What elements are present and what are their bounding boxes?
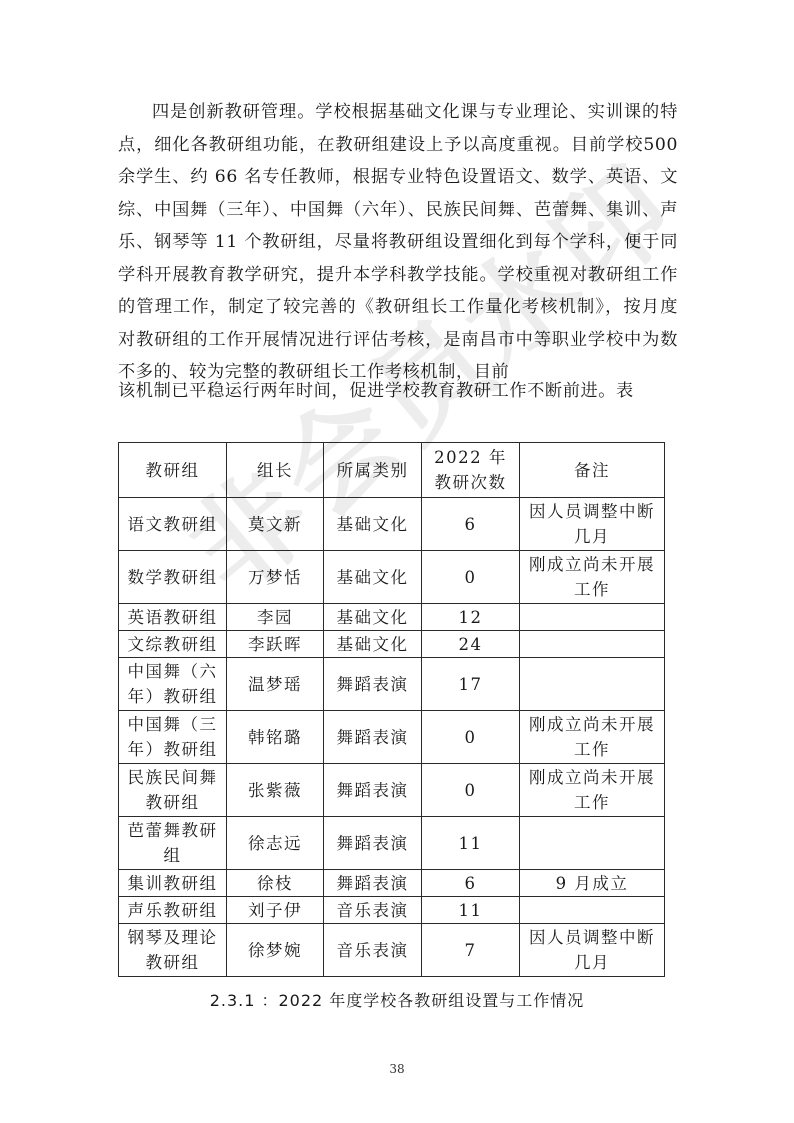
cell-leader: 徐梦婉 [227,924,324,977]
cell-count: 0 [422,764,520,817]
header-category: 所属类别 [324,443,422,498]
cell-category: 舞蹈表演 [324,870,422,897]
cell-category: 基础文化 [324,604,422,631]
cell-leader: 温梦瑶 [227,658,324,711]
cell-note [520,631,665,658]
cell-group: 芭蕾舞教研组 [119,817,227,870]
cell-note: 9 月成立 [520,870,665,897]
cell-category: 音乐表演 [324,897,422,924]
cell-group: 中国舞（六年）教研组 [119,658,227,711]
body-paragraph-2: 该机制已平稳运行两年时间，促进学校教育教研工作不断前进。表 [118,375,678,408]
cell-group: 文综教研组 [119,631,227,658]
cell-leader: 徐枝 [227,870,324,897]
document-page: 四是创新教研管理。学校根据基础文化课与专业理论、实训课的特点，细化各教研组功能，… [0,0,794,1123]
cell-group: 中国舞（三年）教研组 [119,711,227,764]
cell-note [520,604,665,631]
cell-leader: 李跃晖 [227,631,324,658]
cell-note [520,658,665,711]
header-group: 教研组 [119,443,227,498]
table-row: 中国舞（三年）教研组 韩铭璐 舞蹈表演 0 刚成立尚未开展工作 [119,711,665,764]
cell-category: 舞蹈表演 [324,658,422,711]
cell-group: 钢琴及理论教研组 [119,924,227,977]
cell-count: 24 [422,631,520,658]
table-row: 数学教研组 万梦恬 基础文化 0 刚成立尚未开展工作 [119,551,665,604]
table-caption: 2.3.1 ：2022 年度学校各教研组设置与工作情况 [0,988,794,1011]
cell-group: 声乐教研组 [119,897,227,924]
cell-category: 舞蹈表演 [324,764,422,817]
cell-note [520,897,665,924]
table-row: 文综教研组 李跃晖 基础文化 24 [119,631,665,658]
cell-group: 英语教研组 [119,604,227,631]
cell-count: 17 [422,658,520,711]
cell-count: 12 [422,604,520,631]
cell-count: 0 [422,551,520,604]
cell-group: 数学教研组 [119,551,227,604]
cell-leader: 韩铭璐 [227,711,324,764]
cell-leader: 万梦恬 [227,551,324,604]
cell-group: 集训教研组 [119,870,227,897]
cell-leader: 张紫薇 [227,764,324,817]
cell-note [520,817,665,870]
body-paragraph-1: 四是创新教研管理。学校根据基础文化课与专业理论、实训课的特点，细化各教研组功能，… [118,96,678,389]
table-row: 语文教研组 莫文新 基础文化 6 因人员调整中断几月 [119,498,665,551]
table-row: 民族民间舞教研组 张紫薇 舞蹈表演 0 刚成立尚未开展工作 [119,764,665,817]
cell-note: 刚成立尚未开展工作 [520,764,665,817]
header-count: 2022 年教研次数 [422,443,520,498]
table-row: 英语教研组 李园 基础文化 12 [119,604,665,631]
teaching-research-groups-table: 教研组 组长 所属类别 2022 年教研次数 备注 语文教研组 莫文新 基础文化… [118,442,665,977]
cell-category: 基础文化 [324,498,422,551]
cell-note: 刚成立尚未开展工作 [520,711,665,764]
table-row: 中国舞（六年）教研组 温梦瑶 舞蹈表演 17 [119,658,665,711]
cell-group: 语文教研组 [119,498,227,551]
cell-category: 舞蹈表演 [324,711,422,764]
cell-category: 舞蹈表演 [324,817,422,870]
page-number: 38 [0,1062,794,1076]
cell-leader: 徐志远 [227,817,324,870]
table-row: 芭蕾舞教研组 徐志远 舞蹈表演 11 [119,817,665,870]
header-note: 备注 [520,443,665,498]
header-leader: 组长 [227,443,324,498]
cell-leader: 刘子伊 [227,897,324,924]
cell-category: 基础文化 [324,631,422,658]
cell-leader: 莫文新 [227,498,324,551]
cell-count: 6 [422,498,520,551]
cell-group: 民族民间舞教研组 [119,764,227,817]
cell-count: 11 [422,897,520,924]
cell-count: 0 [422,711,520,764]
table-row: 集训教研组 徐枝 舞蹈表演 6 9 月成立 [119,870,665,897]
table-header-row: 教研组 组长 所属类别 2022 年教研次数 备注 [119,443,665,498]
cell-note: 因人员调整中断几月 [520,924,665,977]
cell-category: 音乐表演 [324,924,422,977]
table-row: 声乐教研组 刘子伊 音乐表演 11 [119,897,665,924]
table-row: 钢琴及理论教研组 徐梦婉 音乐表演 7 因人员调整中断几月 [119,924,665,977]
cell-count: 11 [422,817,520,870]
cell-category: 基础文化 [324,551,422,604]
cell-note: 刚成立尚未开展工作 [520,551,665,604]
cell-note: 因人员调整中断几月 [520,498,665,551]
cell-leader: 李园 [227,604,324,631]
cell-count: 7 [422,924,520,977]
cell-count: 6 [422,870,520,897]
